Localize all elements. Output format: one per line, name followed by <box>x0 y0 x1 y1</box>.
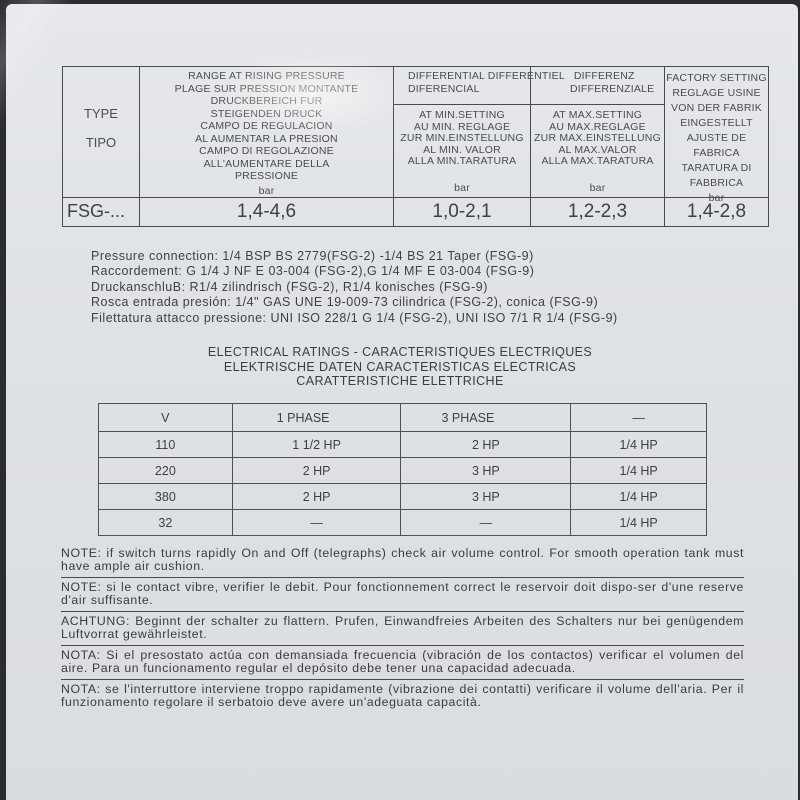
cell-3-phase: — <box>401 510 571 536</box>
heading-line: ELECTRICAL RATINGS - CARACTERISTIQUES EL… <box>160 345 640 360</box>
table-row: 32 — — 1/4 HP <box>99 510 707 536</box>
note-de: ACHTUNG: Beginnt der schalter zu flatter… <box>61 611 744 645</box>
electrical-ratings-table: V 1 PHASE 3 PHASE — 110 1 1/2 HP 2 HP 1/… <box>98 403 707 536</box>
range-header-line: CAMPO DI REGOLAZIONE <box>140 145 393 158</box>
min-header-line: AT MIN.SETTING <box>394 110 530 122</box>
cell-3-phase: 2 HP <box>401 432 571 458</box>
cell-1-phase: 1 1/2 HP <box>232 432 401 458</box>
factory-column: FACTORY SETTING REGLAGE USINE VON DER FA… <box>665 67 768 226</box>
range-header-line: STEIGENDEN DRUCK <box>140 108 393 121</box>
col-3-phase: 3 PHASE <box>401 404 571 432</box>
range-header-line: ALL'AUMENTARE DELLA <box>140 158 393 171</box>
electrical-ratings-heading: ELECTRICAL RATINGS - CARACTERISTIQUES EL… <box>160 345 640 389</box>
col-1-phase: 1 PHASE <box>232 404 401 432</box>
range-header-line: CAMPO DE REGULACION <box>140 120 393 133</box>
factory-header-line: AJUSTE DE FABRICA <box>665 131 768 161</box>
cell-3-phase: 3 HP <box>401 484 571 510</box>
min-header-line: ZUR MIN.EINSTELLUNG <box>394 133 530 145</box>
factory-header-line: FACTORY SETTING <box>665 71 768 86</box>
diff-max-value: 1,2-2,3 <box>531 201 664 223</box>
factory-header-line: TARATURA DI <box>665 161 768 176</box>
type-column: TYPE TIPO FSG-... <box>63 67 140 226</box>
diff-min-value: 1,0-2,1 <box>394 201 530 223</box>
pressure-connection-de: DruckanschluB: R1/4 zilindrisch (FSG-2),… <box>91 280 618 295</box>
cell-other: 1/4 HP <box>571 510 707 536</box>
max-header-line: ALLA MAX.TARATURA <box>531 156 664 168</box>
header-divider <box>63 197 768 198</box>
min-header-line: ALLA MIN.TARATURA <box>394 156 530 168</box>
cell-voltage: 110 <box>99 432 233 458</box>
cell-3-phase: 3 HP <box>401 458 571 484</box>
range-column: RANGE AT RISING PRESSURE PLAGE SUR PRESS… <box>140 67 394 226</box>
table-row: 220 2 HP 3 HP 1/4 HP <box>99 458 707 484</box>
cell-other: 1/4 HP <box>571 432 707 458</box>
col-other: — <box>571 404 707 432</box>
range-header-line: AL AUMENTAR LA PRESION <box>140 133 393 146</box>
cell-1-phase: 2 HP <box>232 458 401 484</box>
cell-voltage: 32 <box>99 510 233 536</box>
factory-header-line: VON DER FABRIK <box>665 101 768 116</box>
factory-value: 1,4-2,8 <box>665 201 768 223</box>
min-setting-header: AT MIN.SETTING AU MIN. REGLAGE ZUR MIN.E… <box>394 110 530 194</box>
unit-label: bar <box>140 185 393 198</box>
cell-1-phase: — <box>232 510 401 536</box>
type-value: FSG-... <box>67 201 139 222</box>
pressure-connection-block: Pressure connection: 1/4 BSP BS 2779(FSG… <box>91 249 618 326</box>
max-setting-header: AT MAX.SETTING AU MAX.REGLAGE ZUR MAX.EI… <box>531 110 664 194</box>
pressure-spec-table: TYPE TIPO FSG-... RANGE AT RISING PRESSU… <box>62 66 769 227</box>
factory-header-line: FABBRICA <box>665 176 768 191</box>
heading-line: ELEKTRISCHE DATEN CARACTERISTICAS ELECTR… <box>160 360 640 375</box>
cell-voltage: 380 <box>99 484 233 510</box>
pressure-connection-fr: Raccordement: G 1/4 J NF E 03-004 (FSG-2… <box>91 264 618 279</box>
note-es: NOTA: Si el presostato actúa con demansi… <box>61 645 744 679</box>
pressure-connection-es: Rosca entrada presión: 1/4" GAS UNE 19-0… <box>91 295 618 310</box>
cell-other: 1/4 HP <box>571 458 707 484</box>
cell-1-phase: 2 HP <box>232 484 401 510</box>
notes-block: NOTE: if switch turns rapidly On and Off… <box>61 545 744 713</box>
range-header-line: DRUCKBEREICH FUR <box>140 95 393 108</box>
diff-min-column: AT MIN.SETTING AU MIN. REGLAGE ZUR MIN.E… <box>394 67 531 226</box>
type-label: TYPE <box>63 106 139 121</box>
range-header-line: PRESSIONE <box>140 170 393 183</box>
heading-line: CARATTERISTICHE ELETTRICHE <box>160 374 640 389</box>
pressure-connection-it: Filettatura attacco pressione: UNI ISO 2… <box>91 311 618 326</box>
unit-label: bar <box>531 183 664 195</box>
pressure-connection-en: Pressure connection: 1/4 BSP BS 2779(FSG… <box>91 249 618 264</box>
tipo-label: TIPO <box>63 135 139 150</box>
col-voltage: V <box>99 404 233 432</box>
range-header: RANGE AT RISING PRESSURE PLAGE SUR PRESS… <box>140 70 393 197</box>
cell-voltage: 220 <box>99 458 233 484</box>
factory-header-line: EINGESTELLT <box>665 116 768 131</box>
factory-setting-header: FACTORY SETTING REGLAGE USINE VON DER FA… <box>665 71 768 206</box>
note-it: NOTA: se l'interruttore interviene tropp… <box>61 679 744 713</box>
unit-label: bar <box>394 183 530 195</box>
factory-header-line: REGLAGE USINE <box>665 86 768 101</box>
table-header-row: V 1 PHASE 3 PHASE — <box>99 404 707 432</box>
range-header-line: RANGE AT RISING PRESSURE <box>140 70 393 83</box>
cell-other: 1/4 HP <box>571 484 707 510</box>
table-row: 380 2 HP 3 HP 1/4 HP <box>99 484 707 510</box>
diff-max-column: AT MAX.SETTING AU MAX.REGLAGE ZUR MAX.EI… <box>531 67 665 226</box>
max-header-line: AT MAX.SETTING <box>531 110 664 122</box>
range-value: 1,4-4,6 <box>140 201 393 223</box>
note-fr: NOTE: si le contact vibre, verifier le d… <box>61 577 744 611</box>
note-en: NOTE: if switch turns rapidly On and Off… <box>61 545 744 577</box>
table-row: 110 1 1/2 HP 2 HP 1/4 HP <box>99 432 707 458</box>
range-header-line: PLAGE SUR PRESSION MONTANTE <box>140 83 393 96</box>
max-header-line: ZUR MAX.EINSTELLUNG <box>531 133 664 145</box>
